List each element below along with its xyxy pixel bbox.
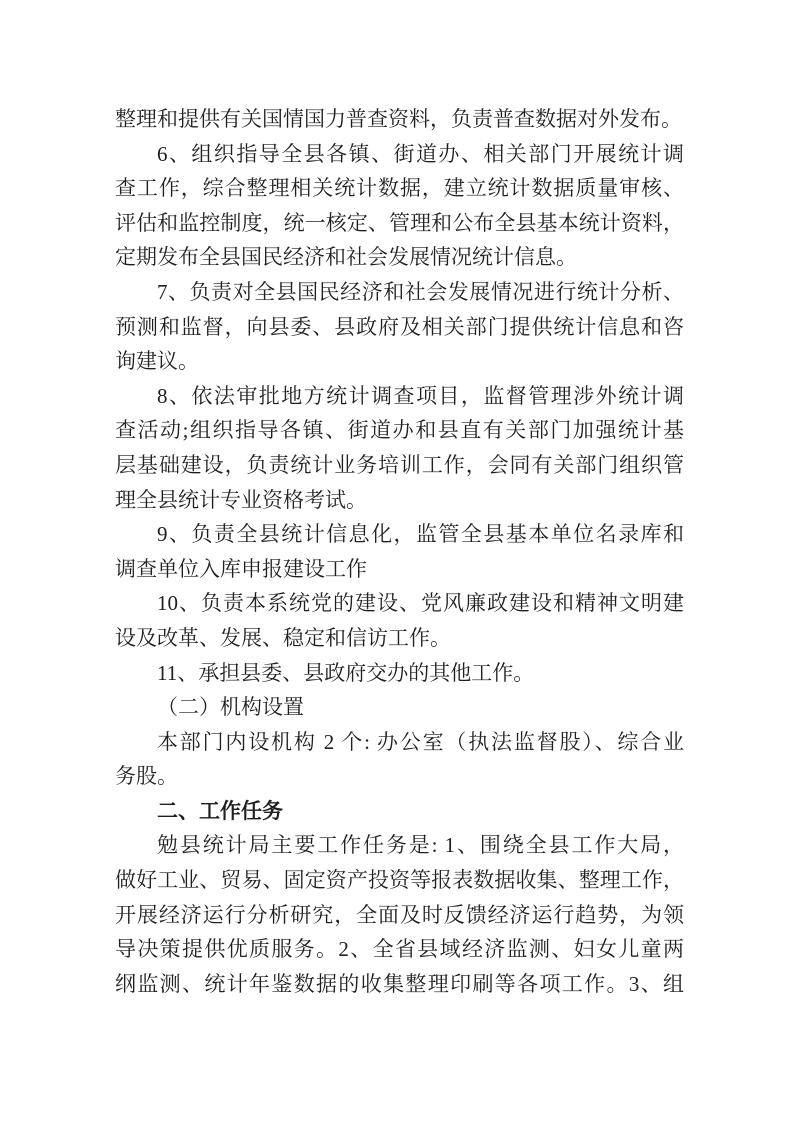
text-line: 评估和监控制度，统一核定、管理和公布全县基本统计资料， [115,206,684,241]
paragraph: 6、组织指导全县各镇、街道办、相关部门开展统计调查工作，综合整理相关统计数据，建… [115,137,684,275]
text-line: 本部门内设机构 2 个: 办公室（执法监督股）、综合业 [115,725,684,760]
text-line: 8、依法审批地方统计调查项目，监督管理涉外统计调 [115,379,684,414]
section-heading: 二、工作任务 [115,794,684,829]
text-line: 调查单位入库申报建设工作 [115,552,684,587]
text-line: 6、组织指导全县各镇、街道办、相关部门开展统计调 [115,137,684,172]
text-line: 设及改革、发展、稳定和信访工作。 [115,621,684,656]
paragraph: 7、负责对全县国民经济和社会发展情况进行统计分析、预测和监督，向县委、县政府及相… [115,275,684,379]
text-line: 查活动;组织指导各镇、街道办和县直有关部门加强统计基 [115,413,684,448]
text-line: 11、承担县委、县政府交办的其他工作。 [115,656,684,691]
paragraph: 整理和提供有关国情国力普查资料，负责普查数据对外发布。 [115,102,684,137]
text-line: 务股。 [115,759,684,794]
text-line: 7、负责对全县国民经济和社会发展情况进行统计分析、 [115,275,684,310]
text-line: 查工作，综合整理相关统计数据，建立统计数据质量审核、 [115,171,684,206]
text-line: （二）机构设置 [115,690,684,725]
text-line: 预测和监督，向县委、县政府及相关部门提供统计信息和咨 [115,310,684,345]
paragraph: 10、负责本系统党的建设、党风廉政建设和精神文明建设及改革、发展、稳定和信访工作… [115,586,684,655]
text-line: 勉县统计局主要工作任务是: 1、围绕全县工作大局， [115,828,684,863]
text-line: 纲监测、统计年鉴数据的收集整理印刷等各项工作。3、组 [115,967,684,1002]
text-line: 询建议。 [115,344,684,379]
text-line: 导决策提供优质服务。2、全省县域经济监测、妇女儿童两 [115,932,684,967]
text-line: 二、工作任务 [115,794,684,829]
paragraph: （二）机构设置 [115,690,684,725]
document-content: 整理和提供有关国情国力普查资料，负责普查数据对外发布。6、组织指导全县各镇、街道… [115,102,684,1001]
paragraph: 勉县统计局主要工作任务是: 1、围绕全县工作大局，做好工业、贸易、固定资产投资等… [115,828,684,1001]
paragraph: 9、负责全县统计信息化，监管全县基本单位名录库和调查单位入库申报建设工作 [115,517,684,586]
text-line: 开展经济运行分析研究，全面及时反馈经济运行趋势，为领 [115,898,684,933]
paragraph: 本部门内设机构 2 个: 办公室（执法监督股）、综合业务股。 [115,725,684,794]
text-line: 理全县统计专业资格考试。 [115,483,684,518]
paragraph: 8、依法审批地方统计调查项目，监督管理涉外统计调查活动;组织指导各镇、街道办和县… [115,379,684,517]
text-line: 整理和提供有关国情国力普查资料，负责普查数据对外发布。 [115,102,684,137]
text-line: 10、负责本系统党的建设、党风廉政建设和精神文明建 [115,586,684,621]
text-line: 层基础建设，负责统计业务培训工作，会同有关部门组织管 [115,448,684,483]
text-line: 9、负责全县统计信息化，监管全县基本单位名录库和 [115,517,684,552]
paragraph: 11、承担县委、县政府交办的其他工作。 [115,656,684,691]
text-line: 做好工业、贸易、固定资产投资等报表数据收集、整理工作， [115,863,684,898]
text-line: 定期发布全县国民经济和社会发展情况统计信息。 [115,240,684,275]
document-page: 整理和提供有关国情国力普查资料，负责普查数据对外发布。6、组织指导全县各镇、街道… [0,0,793,1122]
